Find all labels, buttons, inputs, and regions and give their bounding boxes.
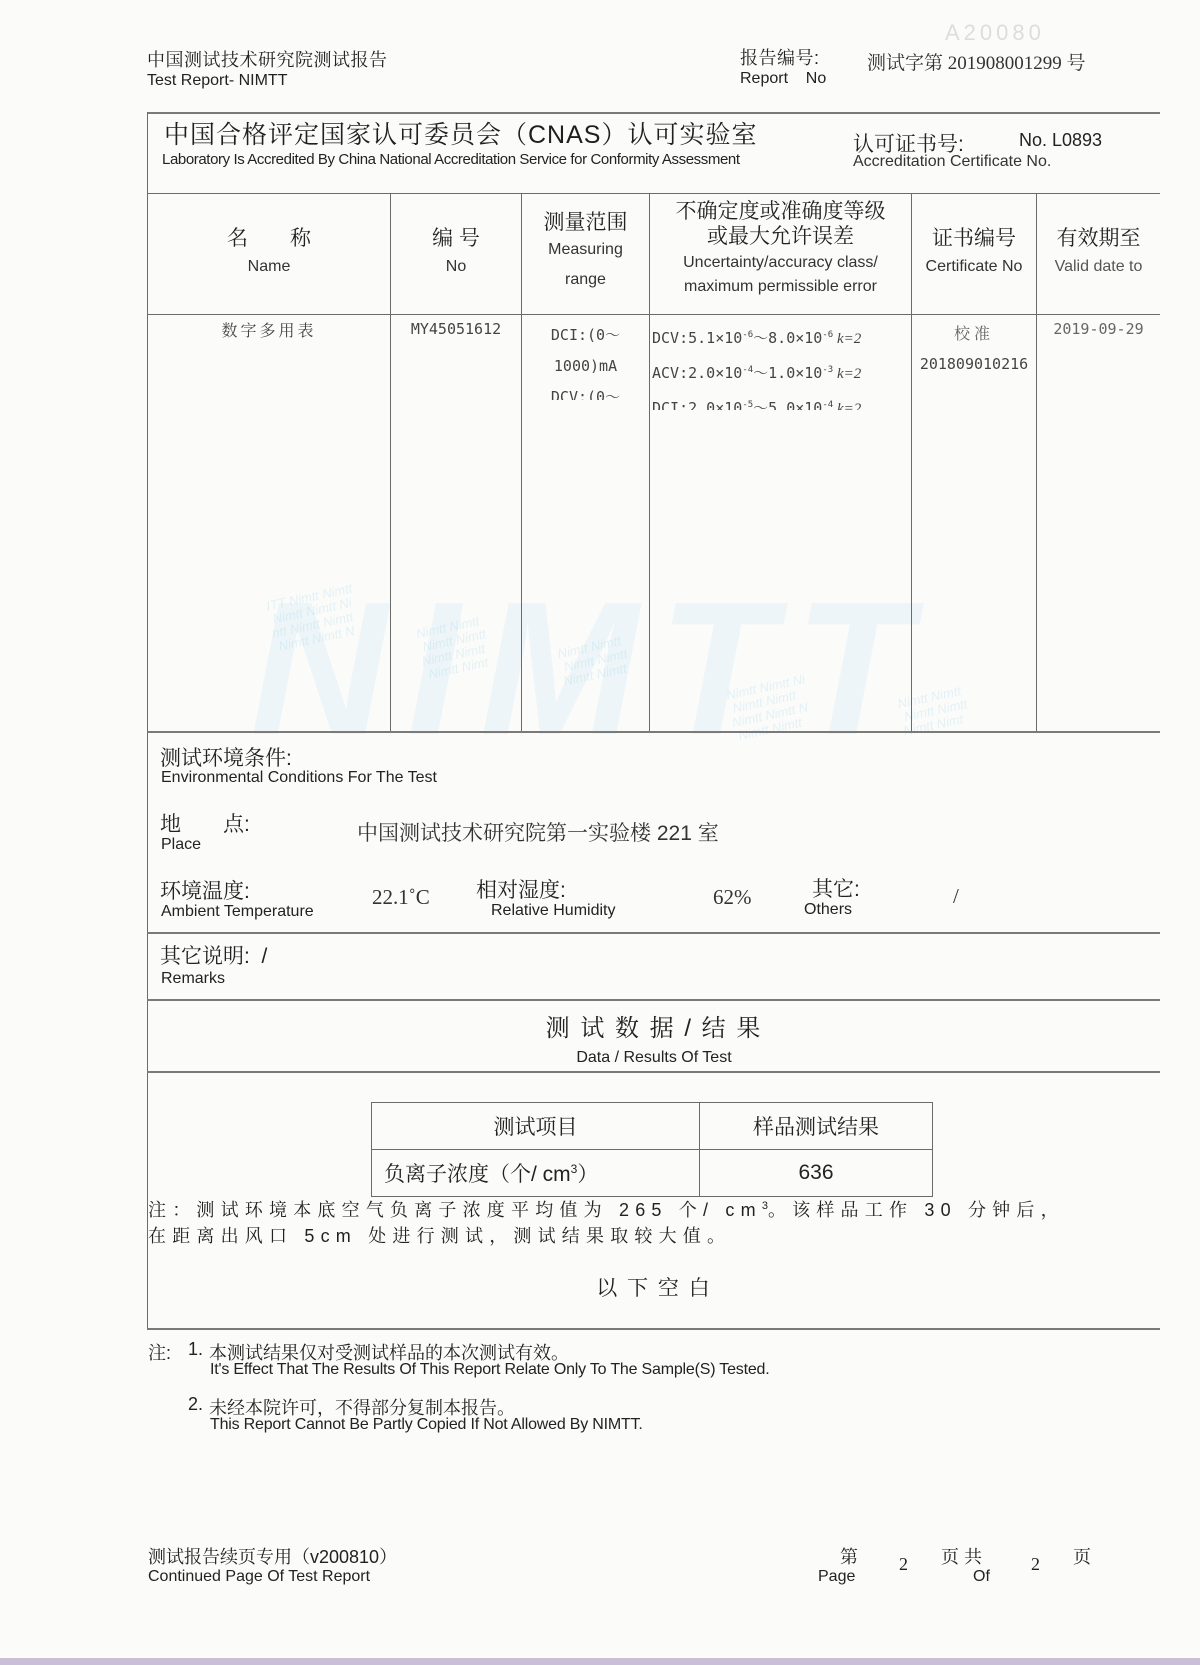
report-no-label-zh: 报告编号:	[740, 44, 820, 70]
equipment-name: 数字多用表	[148, 318, 390, 341]
note-text: 注：测试环境本底空气负离子浓度平均值为 265 个/ cm	[148, 1200, 762, 1220]
column-header-certificate: 证书编号 Certificate No	[912, 222, 1036, 276]
environment-title-en: Environmental Conditions For The Test	[161, 769, 437, 787]
uncertainty-line: DCI:2.0×10-5～5.0×10-4 k=2	[652, 390, 912, 410]
column-header-name-en: Name	[148, 258, 390, 276]
column-header-uncertainty: 不确定度或准确度等级 或最大允许误差 Uncertainty/accuracy …	[650, 199, 911, 296]
divider	[147, 193, 1160, 194]
footnote-1-num: 1.	[188, 1339, 203, 1360]
column-header-no: 编 号 No	[391, 222, 521, 276]
humidity-label-zh: 相对湿度:	[476, 874, 566, 904]
results-note-line-1: 注：测试环境本底空气负离子浓度平均值为 265 个/ cm3。该样品工作 30 …	[148, 1196, 1065, 1222]
place-label-zh: 地 点:	[160, 808, 250, 838]
report-no-label-en: Report No	[740, 70, 826, 88]
cnas-title-en: Laboratory Is Accredited By China Nation…	[162, 151, 740, 168]
result-item-text: 负离子浓度（个/ cm	[384, 1163, 571, 1186]
column-header-range: 测量范围 Measuring range	[522, 206, 649, 289]
column-header-valid-date: 有效期至 Valid date to	[1037, 222, 1160, 276]
humidity-value: 62%	[713, 885, 752, 910]
column-header-uncertainty-zh: 不确定度或准确度等级	[650, 199, 911, 224]
report-title-zh: 中国测试技术研究院测试报告	[147, 46, 388, 72]
divider	[147, 999, 1160, 1001]
column-header-range-zh: 测量范围	[522, 206, 649, 236]
blank-below-marker: 以 下 空 白	[148, 1272, 1160, 1302]
frame-bottom-border	[147, 1328, 1160, 1330]
results-table-header: 测试项目 样品测试结果	[372, 1103, 933, 1150]
serial-stamp: A20080	[945, 20, 1045, 46]
column-header-uncertainty-en: maximum permissible error	[650, 278, 911, 296]
column-header-uncertainty-zh: 或最大允许误差	[650, 224, 911, 249]
divider	[147, 1071, 1160, 1073]
column-header-no-en: No	[391, 258, 521, 276]
footnote-1-en: It's Effect That The Results Of This Rep…	[210, 1361, 769, 1379]
environment-title-zh: 测试环境条件:	[160, 742, 292, 772]
footnote-2-num: 2.	[188, 1394, 203, 1415]
place-value: 中国测试技术研究院第一实验楼 221 室	[357, 817, 719, 847]
form-label-zh: 测试报告续页专用（v200810）	[148, 1543, 397, 1569]
temperature-label-zh: 环境温度:	[160, 875, 250, 905]
scan-edge	[0, 1658, 1200, 1665]
uncertainty-line: DCV:5.1×10-6～8.0×10-6 k=2	[652, 320, 912, 355]
equipment-certificate: 校准 201809010216	[912, 318, 1036, 380]
range-line: DCV:(0～	[522, 382, 649, 400]
report-no-value: 测试字第 201908001299 号	[867, 48, 1086, 75]
column-header-certificate-zh: 证书编号	[912, 222, 1036, 252]
nimtt-watermark: NIMTT	[250, 560, 930, 778]
column-header-range-en: range	[522, 271, 649, 289]
cnas-title-zh: 中国合格评定国家认可委员会（CNAS）认可实验室	[164, 115, 757, 151]
equipment-no: MY45051612	[391, 320, 521, 338]
column-header-range-en: Measuring	[522, 241, 649, 259]
watermark-pattern: Nimtt Nimtt Ni Nimtt Nimtt Nimtt Nimtt N…	[725, 672, 815, 743]
page-current: 2	[899, 1554, 908, 1575]
column-header-uncertainty-en: Uncertainty/accuracy class/	[650, 254, 911, 272]
others-value: /	[953, 884, 959, 909]
column-header-valid-date-en: Valid date to	[1037, 258, 1160, 276]
remarks-label-zh: 其它说明: /	[160, 940, 267, 970]
results-note-line-2: 在距离出风口 5cm 处进行测试，测试结果取较大值。	[148, 1222, 731, 1248]
others-label-zh: 其它:	[812, 873, 860, 903]
result-value: 636	[700, 1150, 933, 1197]
frame-left-border	[147, 112, 148, 1330]
place-label-en: Place	[161, 836, 201, 854]
column-header-valid-date-zh: 有效期至	[1037, 222, 1160, 252]
frame-top-border	[147, 112, 1160, 114]
column-header-name: 名 称 Name	[148, 222, 390, 276]
table-row: 负离子浓度（个/ cm3） 636	[372, 1150, 933, 1197]
page-label-en: Page	[818, 1568, 855, 1586]
divider	[147, 932, 1160, 934]
results-title: 测 试 数 据 / 结 果 Data / Results Of Test	[148, 1008, 1160, 1067]
range-line: 1000)mA	[522, 351, 649, 382]
watermark-pattern: Nimtt Nimtt Nimtt Nimtt Nimtt Nimtt	[556, 633, 631, 688]
watermark-pattern: ITT Nimtt Nimtt Nimtt Nimtt Ni ntt Nimtt…	[265, 582, 362, 655]
report-title-en: Test Report- NIMTT	[147, 72, 287, 90]
column-header-certificate-en: Certificate No	[912, 258, 1036, 276]
equipment-valid-to: 2019-09-29	[1037, 320, 1160, 338]
column-header-no-zh: 编 号	[391, 222, 521, 252]
uncertainty-line: ACV:2.0×10-4～1.0×10-3 k=2	[652, 355, 912, 390]
results-title-zh: 测 试 数 据 / 结 果	[148, 1008, 1160, 1043]
humidity-label-en: Relative Humidity	[491, 902, 615, 920]
temperature-value: 22.1˚C	[372, 885, 430, 910]
results-header-result: 样品测试结果	[700, 1103, 933, 1150]
page-of-label-en: Of	[973, 1568, 990, 1586]
page-label-zh: 第	[840, 1543, 858, 1569]
column-header-name-zh: 名 称	[148, 222, 390, 252]
divider	[147, 314, 1160, 315]
footnote-prefix: 注:	[148, 1339, 171, 1365]
certificate-number: 201809010216	[912, 349, 1036, 380]
accreditation-cert-label-en: Accreditation Certificate No.	[853, 153, 1051, 171]
divider	[147, 731, 1160, 733]
results-header-item: 测试项目	[372, 1103, 700, 1150]
temperature-label-en: Ambient Temperature	[161, 903, 314, 921]
page-suffix-zh: 页	[1073, 1543, 1091, 1569]
result-item: 负离子浓度（个/ cm3）	[372, 1150, 700, 1197]
page-of-label-zh: 页 共	[941, 1543, 982, 1569]
equipment-range: DCI:(0～ 1000)mA DCV:(0～	[522, 320, 649, 400]
watermark-pattern: Nimtt Nimtt Nimtt Nimtt Nimtt Nimtt Nimt…	[415, 614, 493, 683]
range-line: DCI:(0～	[522, 320, 649, 351]
certificate-type: 校准	[912, 318, 1036, 349]
form-label-en: Continued Page Of Test Report	[148, 1568, 370, 1586]
others-label-en: Others	[804, 901, 852, 919]
page-total: 2	[1031, 1554, 1040, 1575]
results-table: 测试项目 样品测试结果 负离子浓度（个/ cm3） 636	[371, 1102, 933, 1197]
results-title-en: Data / Results Of Test	[148, 1049, 1160, 1067]
result-item-tail: ）	[577, 1163, 598, 1186]
remarks-label-en: Remarks	[161, 970, 225, 988]
note-text: 。该样品工作 30 分钟后，	[768, 1200, 1065, 1220]
accreditation-cert-no: No. L0893	[1019, 130, 1102, 151]
footnote-2-en: This Report Cannot Be Partly Copied If N…	[210, 1416, 643, 1434]
equipment-uncertainty: DCV:5.1×10-6～8.0×10-6 k=2ACV:2.0×10-4～1.…	[652, 320, 912, 410]
